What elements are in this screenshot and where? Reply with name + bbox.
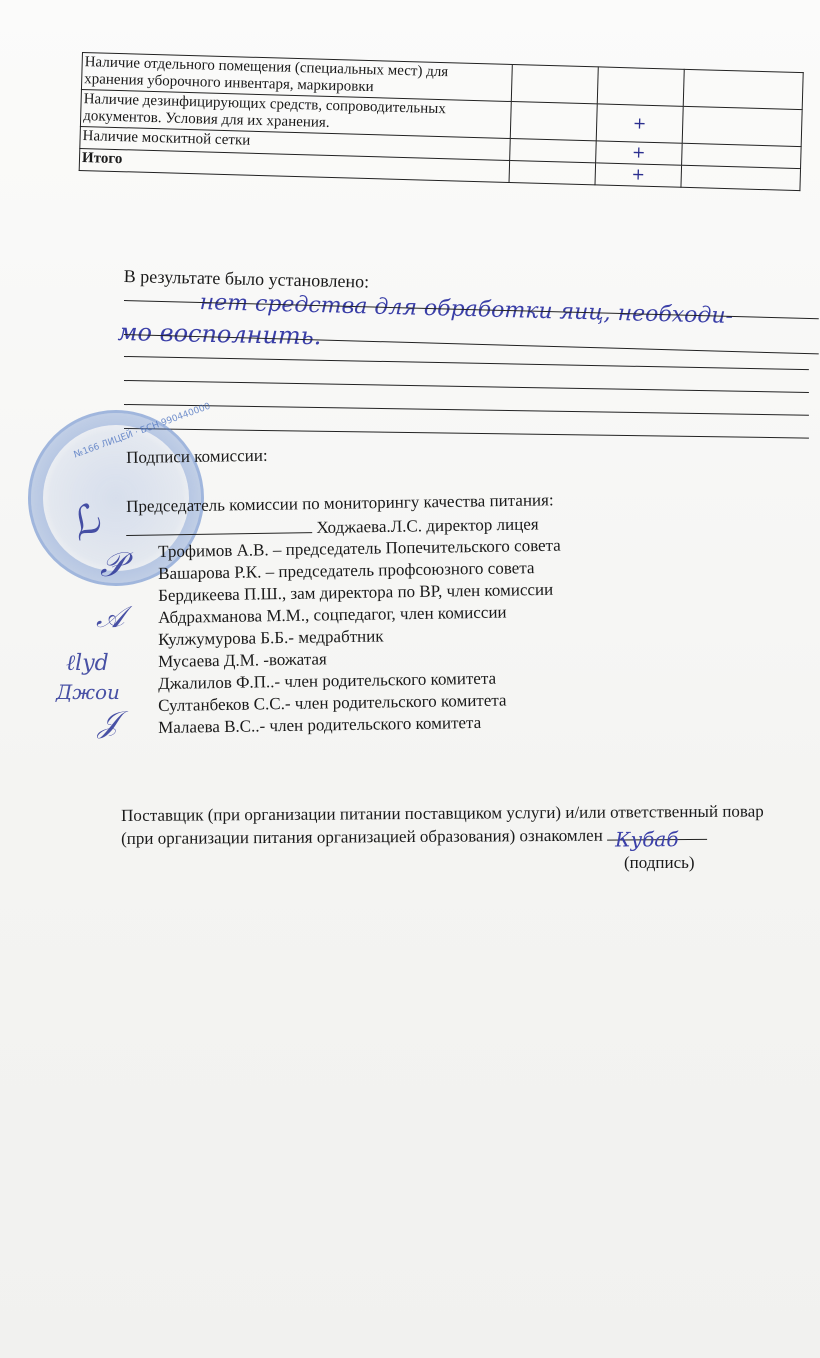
- result-line: [124, 356, 809, 370]
- member-line: Султанбеков С.С.- член родительского ком…: [158, 691, 507, 716]
- inspection-table: Наличие отдельного помещения (специальны…: [79, 52, 804, 191]
- member-line: Джалилов Ф.П..- член родительского комит…: [158, 669, 496, 694]
- signatures-heading: Подписи комиссии:: [126, 446, 268, 468]
- mark-cell: +: [595, 163, 682, 187]
- mark-cell: [597, 67, 684, 106]
- chair-name: Ходжаева.Л.С. директор лицея: [316, 515, 539, 537]
- supplier-signature: Кубаб: [615, 827, 679, 851]
- plus-mark: +: [633, 113, 647, 132]
- mark-cell: [510, 102, 597, 141]
- member-line: Мусаева Д.М. -вожатая: [158, 649, 327, 672]
- result-line: [124, 380, 809, 393]
- member-line: Малаева В.С..- член родительского комите…: [158, 713, 481, 738]
- signature-scribble: 𝒫: [100, 545, 125, 585]
- result-label: В результате было установлено:: [124, 266, 370, 293]
- member-line: Кулжумурова Б.Б.- медрабтник: [158, 626, 384, 650]
- mark-cell: +: [596, 104, 683, 143]
- mark-cell: [511, 65, 598, 104]
- supplier-text-line2: (при организации питания организацией об…: [121, 825, 707, 849]
- member-line: Абдрахманова М.М., соцпедагог, член коми…: [158, 603, 507, 628]
- mark-cell: [681, 165, 801, 190]
- mark-cell: [683, 69, 803, 109]
- document-page: Наличие отдельного помещения (специальны…: [0, 0, 820, 1358]
- signature-scribble: ℓlyd: [66, 650, 109, 676]
- plus-mark: +: [631, 164, 645, 183]
- signature-caption: (подпись): [624, 853, 695, 873]
- signature-scribble: Джои: [56, 680, 120, 704]
- mark-cell: [682, 106, 802, 146]
- plus-mark: +: [632, 142, 646, 161]
- signature-scribble: 𝒜: [96, 600, 124, 635]
- result-line: [124, 404, 809, 416]
- supplier-text-line1: Поставщик (при организации питании поста…: [121, 802, 764, 826]
- mark-cell: [510, 138, 597, 162]
- result-line: [124, 428, 809, 439]
- mark-cell: +: [595, 141, 682, 165]
- mark-cell: [509, 160, 596, 184]
- supplier-signature-line: Кубаб: [607, 839, 707, 841]
- signature-scribble: 𝒥: [98, 705, 119, 740]
